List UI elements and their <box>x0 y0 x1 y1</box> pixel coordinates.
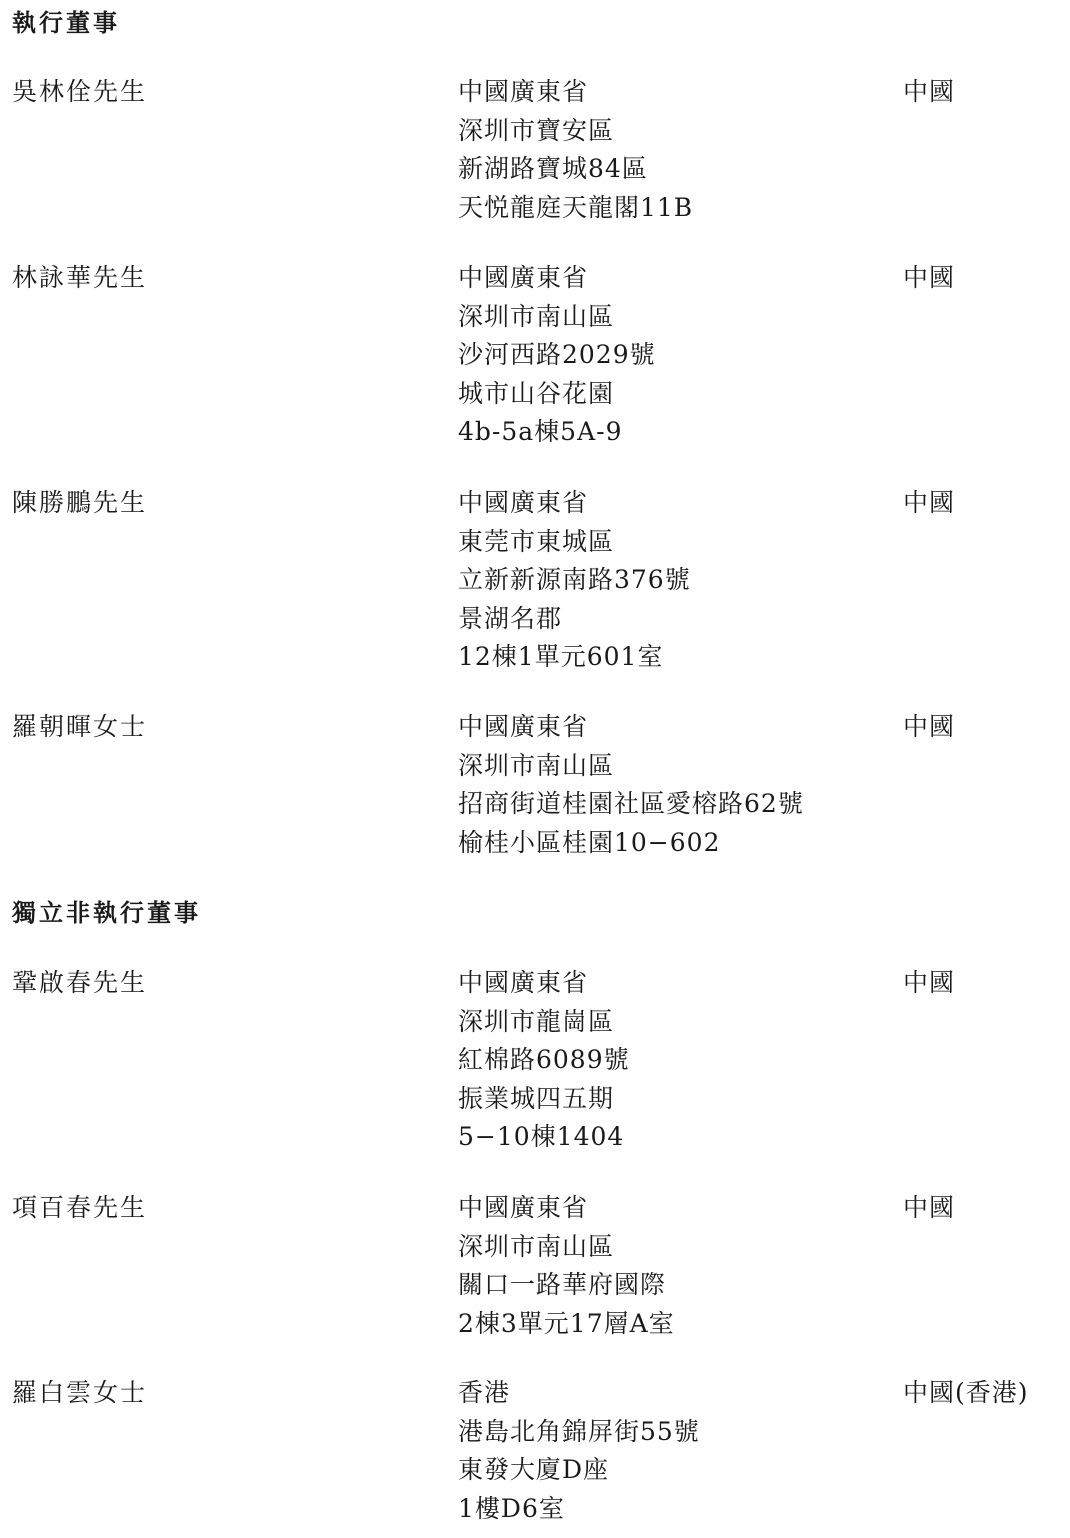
address-line: 港島北角錦屏街55號 <box>458 1417 700 1456</box>
address-line: 深圳市龍崗區 <box>458 1007 630 1046</box>
address-line: 景湖名郡 <box>458 604 691 643</box>
address-line: 中國廣東省 <box>458 488 691 527</box>
director-name: 鞏啟春先生 <box>12 968 147 998</box>
address-line: 新湖路寶城84區 <box>458 154 693 193</box>
director-name: 林詠華先生 <box>12 263 147 293</box>
section-heading-executive-directors: 執行董事 <box>12 8 120 38</box>
director-nationality: 中國 <box>903 77 955 107</box>
director-address: 中國廣東省 深圳市龍崗區 紅棉路6089號 振業城四五期 5−10棟1404 <box>458 968 630 1161</box>
address-line: 中國廣東省 <box>458 712 804 751</box>
address-line: 香港 <box>458 1378 700 1417</box>
director-address: 中國廣東省 深圳市南山區 沙河西路2029號 城市山谷花園 4b-5a棟5A-9 <box>458 263 656 456</box>
address-line: 榆桂小區桂園10−602 <box>458 828 804 867</box>
address-line: 中國廣東省 <box>458 968 630 1007</box>
address-line: 東莞市東城區 <box>458 527 691 566</box>
address-line: 1樓D6室 <box>458 1494 700 1533</box>
director-name: 項百春先生 <box>12 1193 147 1223</box>
address-line: 5−10棟1404 <box>458 1122 630 1161</box>
address-line: 深圳市南山區 <box>458 302 656 341</box>
address-line: 紅棉路6089號 <box>458 1045 630 1084</box>
address-line: 關口一路華府國際 <box>458 1270 675 1309</box>
address-line: 中國廣東省 <box>458 1193 675 1232</box>
section-heading-independent-non-executive-directors: 獨立非執行董事 <box>12 898 201 928</box>
address-line: 立新新源南路376號 <box>458 565 691 604</box>
address-line: 沙河西路2029號 <box>458 340 656 379</box>
address-line: 12棟1單元601室 <box>458 642 691 681</box>
director-nationality: 中國 <box>903 488 955 518</box>
address-line: 深圳市寶安區 <box>458 116 693 155</box>
director-nationality: 中國(香港) <box>903 1378 1029 1408</box>
director-address: 中國廣東省 深圳市南山區 招商街道桂園社區愛榕路62號 榆桂小區桂園10−602 <box>458 712 804 866</box>
director-name: 吳林佺先生 <box>12 77 147 107</box>
director-name: 陳勝鵬先生 <box>12 488 147 518</box>
address-line: 深圳市南山區 <box>458 751 804 790</box>
director-nationality: 中國 <box>903 263 955 293</box>
address-line: 4b-5a棟5A-9 <box>458 417 656 456</box>
address-line: 中國廣東省 <box>458 263 656 302</box>
director-nationality: 中國 <box>903 968 955 998</box>
director-address: 中國廣東省 東莞市東城區 立新新源南路376號 景湖名郡 12棟1單元601室 <box>458 488 691 681</box>
address-line: 深圳市南山區 <box>458 1232 675 1271</box>
director-address: 中國廣東省 深圳市南山區 關口一路華府國際 2棟3單元17層A室 <box>458 1193 675 1347</box>
address-line: 天悦龍庭天龍閣11B <box>458 193 693 232</box>
director-address: 香港 港島北角錦屏街55號 東發大廈D座 1樓D6室 <box>458 1378 700 1532</box>
address-line: 東發大廈D座 <box>458 1455 700 1494</box>
address-line: 城市山谷花園 <box>458 379 656 418</box>
address-line: 招商街道桂園社區愛榕路62號 <box>458 789 804 828</box>
address-line: 2棟3單元17層A室 <box>458 1309 675 1348</box>
address-line: 振業城四五期 <box>458 1084 630 1123</box>
director-name: 羅朝暉女士 <box>12 712 147 742</box>
address-line: 中國廣東省 <box>458 77 693 116</box>
director-address: 中國廣東省 深圳市寶安區 新湖路寶城84區 天悦龍庭天龍閣11B <box>458 77 693 231</box>
director-name: 羅白雲女士 <box>12 1378 147 1408</box>
director-nationality: 中國 <box>903 1193 955 1223</box>
director-nationality: 中國 <box>903 712 955 742</box>
